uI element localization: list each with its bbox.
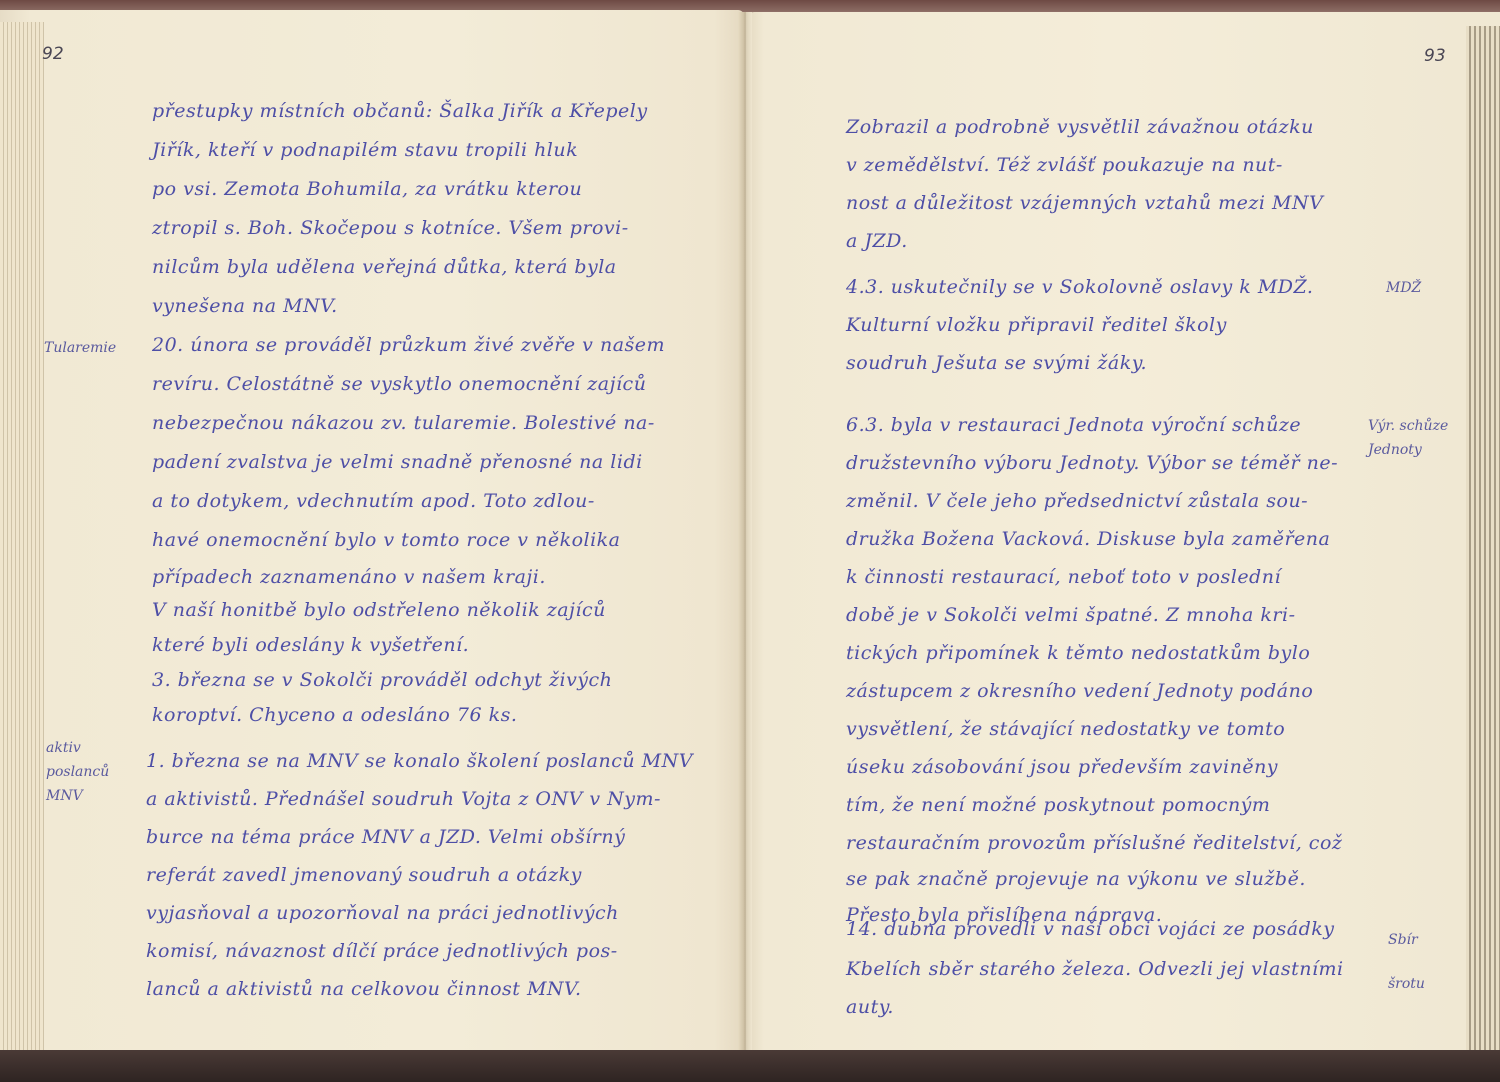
text-line: havé onemocnění bylo v tomto roce v něko… — [152, 529, 621, 551]
text-line: 3. března se v Sokolči prováděl odchyt ž… — [152, 669, 612, 691]
text-line: změnil. V čele jeho předsednictví zůstal… — [846, 490, 1308, 512]
text-line: Zobrazil a podrobně vysvětlil závažnou o… — [846, 116, 1314, 138]
left-page-stack-edges — [0, 22, 44, 1052]
right-page-stack-edges — [1466, 26, 1500, 1052]
margin-note-jednota: Výr. schůze Jednoty — [1368, 414, 1458, 462]
text-line: úseku zásobování jsou především zaviněny — [846, 756, 1278, 778]
text-line: 1. března se na MNV se konalo školení po… — [146, 750, 693, 772]
text-line: referát zavedl jmenovaný soudruh a otázk… — [146, 864, 582, 886]
text-line: 14. dubna provedli v naší obci vojáci ze… — [846, 918, 1335, 940]
text-line: a aktivistů. Přednášel soudruh Vojta z O… — [146, 788, 661, 810]
text-line: revíru. Celostátně se vyskytlo onemocněn… — [152, 373, 646, 395]
text-line: V naší honitbě bylo odstřeleno několik z… — [152, 599, 606, 621]
text-line: soudruh Ješuta se svými žáky. — [846, 352, 1147, 374]
text-line: tických připomínek k těmto nedostatkům b… — [846, 642, 1310, 664]
text-line: družka Božena Vacková. Diskuse byla zamě… — [846, 528, 1330, 550]
text-line: 20. února se prováděl průzkum živé zvěře… — [152, 334, 665, 356]
text-line: komisí, návaznost dílčí práce jednotlivý… — [146, 940, 618, 962]
text-line: k činnosti restaurací, neboť toto v posl… — [846, 566, 1281, 588]
text-line: tím, že není možné poskytnout pomocným — [846, 794, 1270, 816]
text-line: a JZD. — [846, 230, 908, 252]
text-line: přestupky místních občanů: Šalka Jiřík a… — [152, 100, 648, 122]
text-line: Jiřík, kteří v podnapilém stavu tropili … — [152, 139, 578, 161]
margin-note-mdz: MDŽ — [1386, 276, 1421, 300]
text-line: burce na téma práce MNV a JZD. Velmi obš… — [146, 826, 625, 848]
text-line: po vsi. Zemota Bohumila, za vrátku ktero… — [152, 178, 582, 200]
text-line: zástupcem z okresního vedení Jednoty pod… — [846, 680, 1313, 702]
text-line: případech zaznamenáno v našem kraji. — [152, 566, 546, 588]
text-line: v zemědělství. Též zvlášť poukazuje na n… — [846, 154, 1283, 176]
text-line: Kbelích sběr starého železa. Odvezli jej… — [846, 958, 1344, 980]
text-line: nost a důležitost vzájemných vztahů mezi… — [846, 192, 1323, 214]
text-line: Kulturní vložku připravil ředitel školy — [846, 314, 1227, 336]
text-line: padení zvalstva je velmi snadně přenosné… — [152, 451, 643, 473]
text-line: době je v Sokolči velmi špatné. Z mnoha … — [846, 604, 1296, 626]
text-line: vynešena na MNV. — [152, 295, 338, 317]
book-gutter — [738, 12, 752, 1062]
text-line: auty. — [846, 996, 894, 1018]
book-bottom-shadow — [0, 1050, 1500, 1082]
margin-note-tularemie: Tularemie — [44, 336, 116, 360]
text-line: koroptví. Chyceno a odesláno 76 ks. — [152, 704, 517, 726]
text-line: nebezpečnou nákazou zv. tularemie. Boles… — [152, 412, 655, 434]
text-line: se pak značně projevuje na výkonu ve slu… — [846, 868, 1306, 890]
margin-note-sber-srotu: Sbír šrotu — [1388, 918, 1448, 1006]
text-line: 4.3. uskutečnily se v Sokolovně oslavy k… — [846, 276, 1313, 298]
page-number-left: 92 — [42, 44, 64, 64]
text-line: restauračním provozům příslušné ředitels… — [846, 832, 1342, 854]
text-line: nilcům byla udělena veřejná důtka, která… — [152, 256, 617, 278]
text-line: vyjasňoval a upozorňoval na práci jednot… — [146, 902, 619, 924]
text-line: 6.3. byla v restauraci Jednota výroční s… — [846, 414, 1301, 436]
text-line: které byli odeslány k vyšetření. — [152, 634, 469, 656]
text-line: družstevního výboru Jednoty. Výbor se té… — [846, 452, 1338, 474]
text-line: vysvětlení, že stávající nedostatky ve t… — [846, 718, 1285, 740]
page-number-right: 93 — [1424, 46, 1446, 66]
text-line: lanců a aktivistů na celkovou činnost MN… — [146, 978, 582, 1000]
text-line: ztropil s. Boh. Skočepou s kotníce. Všem… — [152, 217, 629, 239]
text-line: a to dotykem, vdechnutím apod. Toto zdlo… — [152, 490, 595, 512]
margin-note-aktiv-poslancu: aktiv poslanců MNV — [46, 736, 116, 808]
